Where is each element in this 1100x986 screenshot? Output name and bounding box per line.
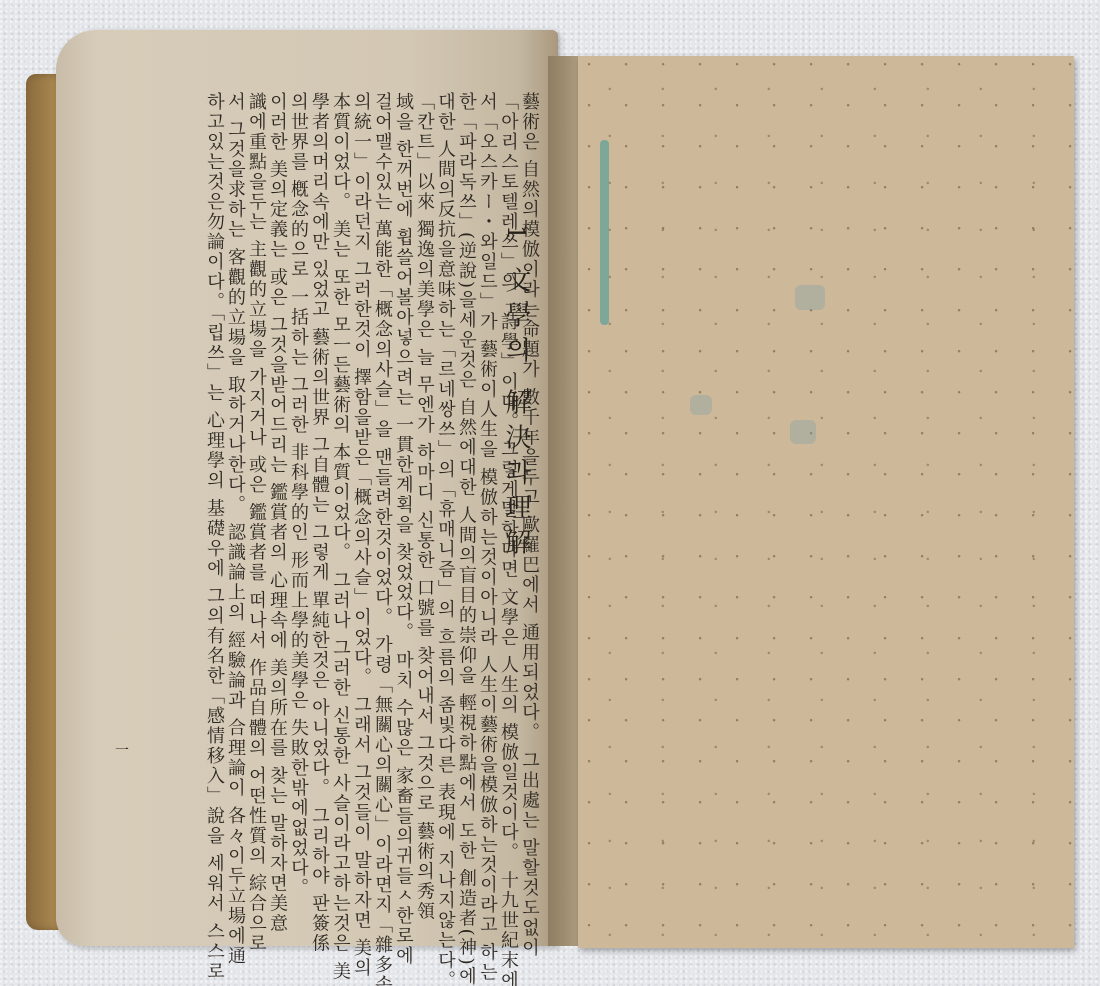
book-photo: 1 文學의 解決과理解 藝術은 自然의模倣이라는命題가 數千年을두고 歐羅巴에서… xyxy=(0,0,1100,986)
text-column: 「아리스토텔레쓰」의「詩學」이다。 그렇게말한다면 文學은 人生의 模倣일것이다… xyxy=(498,92,519,872)
text-column: 한「파라독쓰」(逆說)을세운것은 自然에대한 人間의盲目的崇仰을 輕視하點에서 … xyxy=(456,92,477,872)
green-pencil-mark xyxy=(600,140,609,325)
text-column: 걸어맬수있는 萬能한「概念의사슬」을 맨들려한것이었다。 가령「無關心의關心」이… xyxy=(372,92,393,872)
text-column: 하고있는것은勿論이다。「립쓰」는 心理學의 基礎우에 그의有名한「感情移入」說을… xyxy=(204,92,225,872)
body-text: 藝術은 自然의模倣이라는命題가 數千年을두고 歐羅巴에서 通用되었다。 그出處는… xyxy=(100,92,540,872)
text-column: 「칸트」以來 獨逸의美學은 늘 무엔가 하마디 신통한 口號를 찾어내서 그것으… xyxy=(414,92,435,872)
book-gutter xyxy=(548,56,582,946)
text-column: 서 그것을求하는 客觀的立場을 取하거나한다。 認識論上의 經驗論과 合理論이 … xyxy=(225,92,246,872)
right-page-blank xyxy=(578,56,1074,948)
text-column: 의世界를 槪念的으로 一括하는 그러한 非科學的인 形而上學的美學은 失敗한밖에… xyxy=(288,92,309,872)
text-column: 域을 한꺼번에 휩쓸어볼아넣으려는 一貫한계획을 찾었었다。 마치 수많은 家畜… xyxy=(393,92,414,872)
show-through-mark xyxy=(795,285,825,310)
text-column: 서「오스카ー・와일드」가 藝術이人生을 模倣하는것이아니라 人生이藝術을模倣하는… xyxy=(477,92,498,872)
show-through-mark xyxy=(790,420,816,444)
text-column: 藝術은 自然의模倣이라는命題가 數千年을두고 歐羅巴에서 通用되었다。 그出處는… xyxy=(519,92,540,872)
page-number: 一 xyxy=(115,740,129,760)
text-column: 本質이었다。 美는 또한 모ㅡ든藝術의 本質이었다。 그러나 그러한 신통한 사… xyxy=(330,92,351,872)
text-column: 學者의머리속에만 있었고 藝術의世界 그自體는 그렇게 單純한것은 아니었다。 … xyxy=(309,92,330,872)
text-column: 識에重點을두는 主觀的立場을 가지거나 或은 鑑賞者를 떠나서 作品自體의 어떤… xyxy=(246,92,267,872)
text-column: 대한 人間의反抗을意味하는「르네쌍쓰」의「휴매니즘」의 흐름의 좀빛다른 表現에… xyxy=(435,92,456,872)
text-column: 이러한 美의定義는 或은 그것을받어드리는 鑑賞者의 心理속에 美의所在를 찾는… xyxy=(267,92,288,872)
show-through-mark xyxy=(690,395,712,415)
text-column: 의統一」이라던지 그러한것이 擇함을받은「概念의사슬」이었다。 그래서 그것들이… xyxy=(351,92,372,872)
